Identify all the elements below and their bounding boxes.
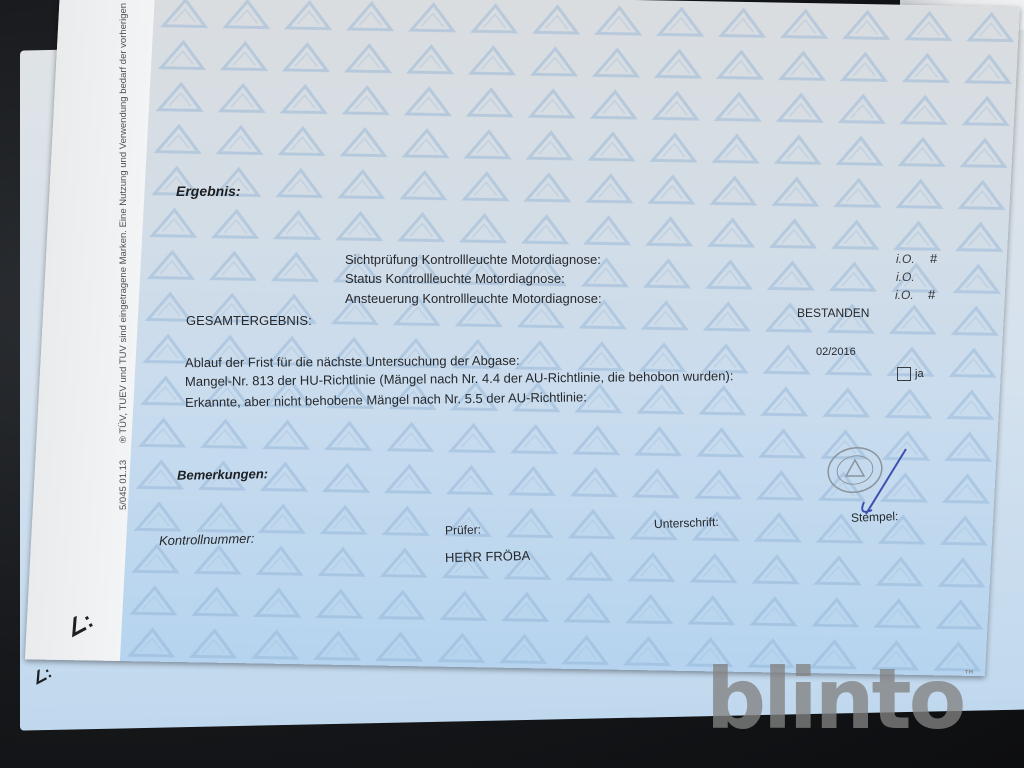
remarks-heading: Bemerkungen: xyxy=(177,466,268,483)
inspector-name: HERR FRÖBA xyxy=(445,548,531,565)
deadline-value: 02/2016 xyxy=(816,346,856,358)
blinto-watermark: blinto™ xyxy=(706,650,975,748)
trademark-symbol: ™ xyxy=(963,668,975,682)
check-result: i.O. xyxy=(895,288,914,302)
check-label: Sichtprüfung Kontrollleuchte Motordiagno… xyxy=(345,252,601,267)
tuv-triangle-pattern xyxy=(119,0,1020,676)
trademark-text: ® TÜV, TUEV und TUV sind eingetragene Ma… xyxy=(118,0,129,443)
overall-label: GESAMTERGEBNIS: xyxy=(186,313,312,328)
signature-stroke xyxy=(836,444,916,534)
check-mark: # xyxy=(930,251,937,266)
check-result: i.O. xyxy=(896,270,915,284)
ja-checkbox xyxy=(897,367,911,381)
signature-label: Unterschrift: xyxy=(654,515,719,531)
inspection-report-sheet xyxy=(25,0,1020,676)
watermark-text: blinto xyxy=(706,650,963,748)
control-number-label: Kontrollnummer: xyxy=(159,531,255,548)
form-code: 5/045 01.13 xyxy=(118,460,129,510)
ja-label: ja xyxy=(915,368,924,380)
deadline-label: Ablauf der Frist für die nächste Untersu… xyxy=(185,353,520,370)
check-label: Status Kontrollleuchte Motordiagnose: xyxy=(345,271,565,286)
defect-813-option: ja xyxy=(897,367,924,381)
result-heading: Ergebnis: xyxy=(176,183,241,199)
check-mark: # xyxy=(928,287,935,302)
check-label: Ansteuerung Kontrollleuchte Motordiagnos… xyxy=(345,291,602,306)
check-result: i.O. xyxy=(896,252,915,266)
overall-value: BESTANDEN xyxy=(797,306,869,320)
trademark-note: 5/045 01.13 ® TÜV, TUEV und TUV sind ein… xyxy=(118,0,129,510)
inspector-label: Prüfer: xyxy=(445,523,481,538)
